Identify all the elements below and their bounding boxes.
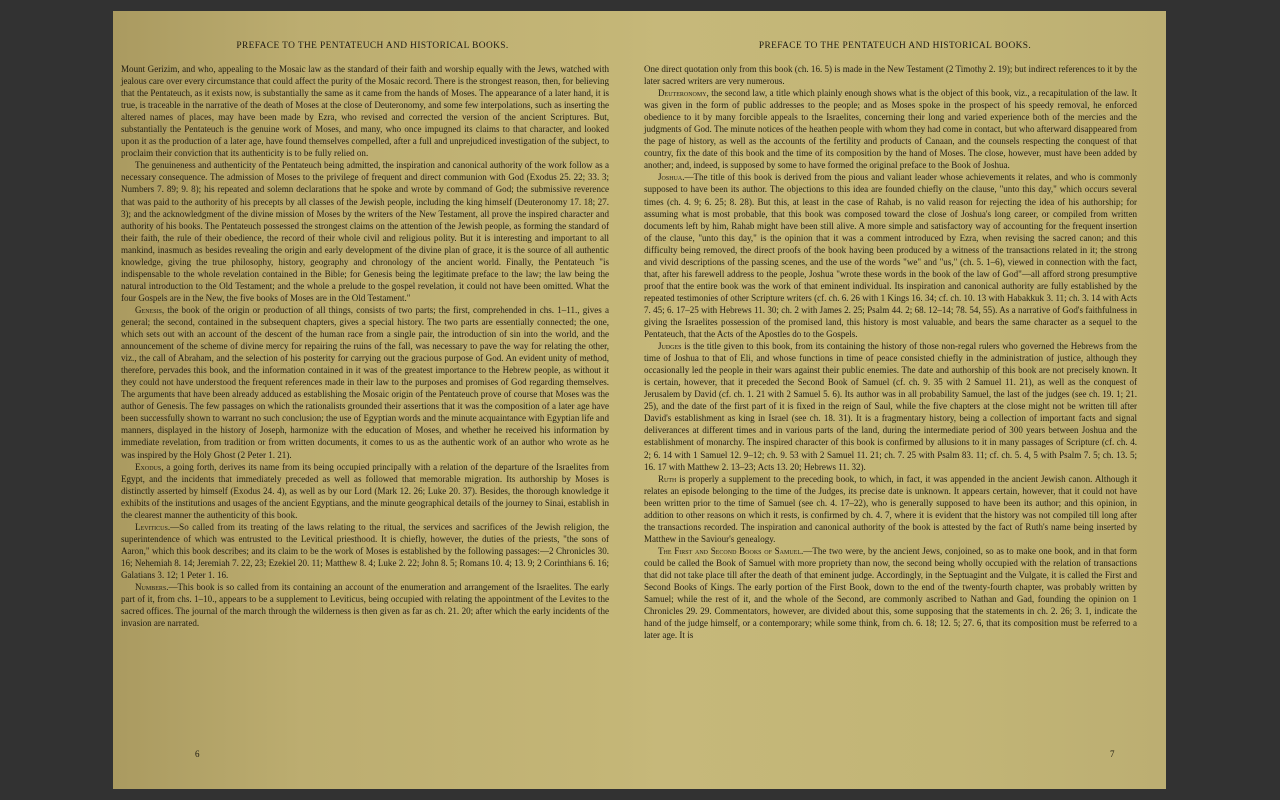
- section-lead: Numbers: [135, 582, 166, 592]
- paragraph: The genuineness and authenticity of the …: [121, 159, 609, 304]
- section-lead: Ruth: [658, 474, 676, 484]
- section-lead: Exodus: [135, 462, 161, 472]
- paragraph: Mount Gerizim, and who, appealing to the…: [121, 63, 609, 159]
- right-page: PREFACE TO THE PENTATEUCH AND HISTORICAL…: [640, 11, 1166, 789]
- book-spread: PREFACE TO THE PENTATEUCH AND HISTORICAL…: [113, 11, 1166, 789]
- section-lead: Genesis: [135, 305, 162, 315]
- page-number: 6: [195, 749, 200, 759]
- running-head: PREFACE TO THE PENTATEUCH AND HISTORICAL…: [109, 41, 636, 51]
- left-page: PREFACE TO THE PENTATEUCH AND HISTORICAL…: [113, 11, 640, 789]
- section-lead: Judges: [658, 341, 682, 351]
- paragraph-exodus: Exodus, a going forth, derives its name …: [121, 461, 609, 521]
- paragraph-leviticus: Leviticus.—So called from its treating o…: [121, 521, 609, 581]
- paragraph-joshua: Joshua.—The title of this book is derive…: [644, 171, 1137, 340]
- paragraph-judges: Judges is the title given to this book, …: [644, 340, 1137, 473]
- paragraph-numbers: Numbers.—This book is so called from its…: [121, 581, 609, 629]
- paragraph-samuel: The First and Second Books of Samuel.—Th…: [644, 545, 1137, 641]
- page-body: One direct quotation only from this book…: [644, 63, 1137, 641]
- running-head: PREFACE TO THE PENTATEUCH AND HISTORICAL…: [632, 41, 1158, 51]
- section-lead: Leviticus: [135, 522, 168, 532]
- section-lead: The First and Second Books of Samuel: [658, 546, 801, 556]
- paragraph-genesis: Genesis, the book of the origin or produ…: [121, 304, 609, 461]
- section-lead: Deuteronomy: [658, 88, 707, 98]
- paragraph-deuteronomy: Deuteronomy, the second law, a title whi…: [644, 87, 1137, 171]
- page-number: 7: [1110, 749, 1115, 759]
- section-lead: Joshua: [658, 172, 682, 182]
- paragraph: One direct quotation only from this book…: [644, 63, 1137, 87]
- page-body: Mount Gerizim, and who, appealing to the…: [121, 63, 609, 629]
- paragraph-ruth: Ruth is properly a supplement to the pre…: [644, 473, 1137, 545]
